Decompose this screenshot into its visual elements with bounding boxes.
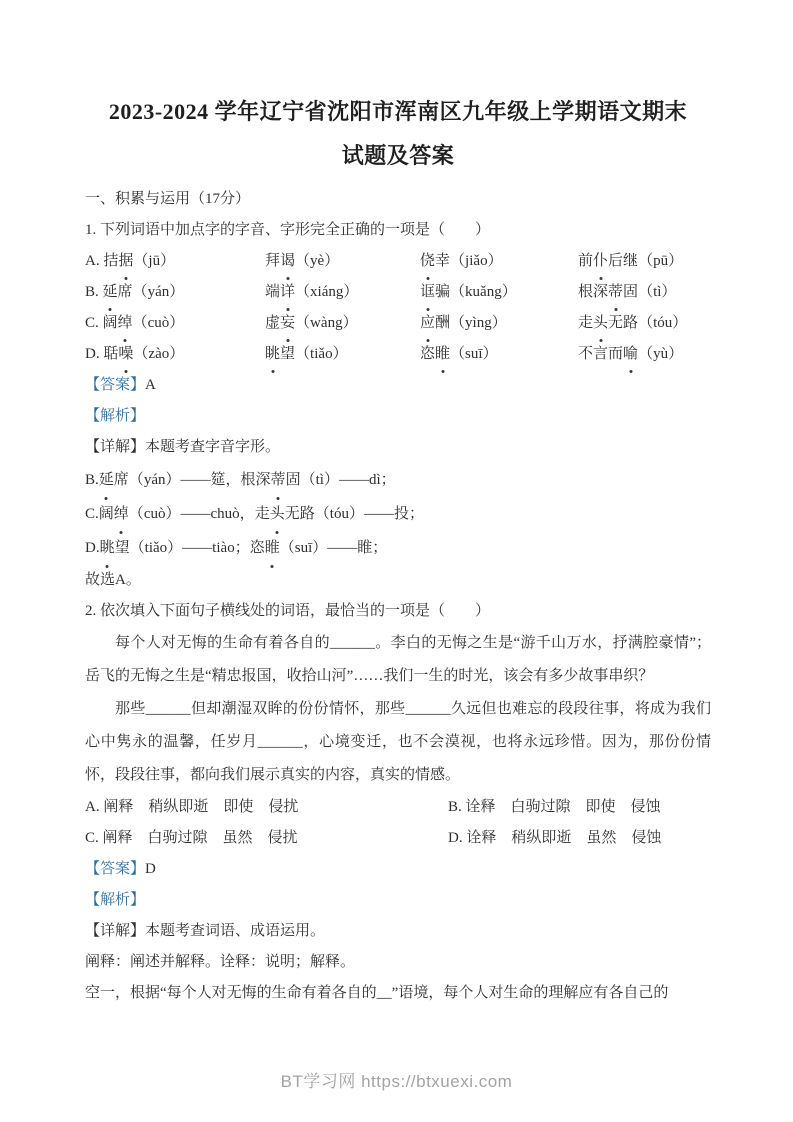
q1-option-a-word-3: 侥幸（jiǎo）: [420, 246, 578, 277]
q2-answer-label: 【答案】: [85, 861, 145, 877]
q2-answer-line: 【答案】D: [85, 854, 711, 885]
q1-option-row-c: C. 阔绰（cuò） 虚妄（wàng） 应酬（yìng） 走头无路（tóu）: [85, 308, 711, 339]
q1-option-b-word-2: 端详（xiáng）: [265, 277, 420, 308]
q1-option-c-word-3: 应酬（yìng）: [420, 308, 578, 339]
q2-option-c: C. 阐释 白驹过隙 虽然 侵扰: [85, 823, 448, 854]
q1-conclusion: 故选A。: [85, 565, 711, 596]
q1-analysis-line: 【解析】: [85, 401, 711, 432]
q1-option-b-word-4: 根深蒂固（tì）: [578, 277, 711, 308]
q2-option-a: A. 阐释 稍纵即逝 即使 侵扰: [85, 792, 448, 823]
q2-option-d: D. 诠释 稍纵即逝 虽然 侵蚀: [448, 823, 711, 854]
q1-option-row-a: A. 拮据（jū） 拜谒（yè） 侥幸（jiǎo） 前仆后继（pū）: [85, 246, 711, 277]
q1-option-b-word-3: 诓骗（kuǎng）: [420, 277, 578, 308]
q1-explanation-b: B.延席（yán）——筵，根深蒂固（tì）——dì；: [85, 463, 711, 497]
q1-option-b-word-1: B. 延席（yán）: [85, 277, 265, 308]
q1-option-row-d: D. 聒噪（zào） 眺望（tiǎo） 恣睢（suī） 不言而喻（yù）: [85, 339, 711, 370]
q2-stem: 2. 依次填入下面句子横线处的词语，最恰当的一项是（ ）: [85, 596, 711, 627]
q2-answer-value: D: [145, 861, 156, 877]
q1-answer-line: 【答案】A: [85, 370, 711, 401]
q2-detail-line: 【详解】本题考查词语、成语运用。: [85, 916, 711, 947]
q2-paragraph-2: 那些______但却潮湿双眸的份份情怀，那些______久远但也难忘的段段往事，…: [85, 693, 711, 792]
q1-option-c-word-4: 走头无路（tóu）: [578, 308, 711, 339]
q2-option-row-1: A. 阐释 稍纵即逝 即使 侵扰 B. 诠释 白驹过隙 即使 侵蚀: [85, 792, 711, 823]
exam-page: 2023-2024 学年辽宁省沈阳市浑南区九年级上学期语文期末 试题及答案 一、…: [85, 0, 711, 1009]
question-1: 1. 下列词语中加点字的字音、字形完全正确的一项是（ ） A. 拮据（jū） 拜…: [85, 215, 711, 596]
q1-option-row-b: B. 延席（yán） 端详（xiáng） 诓骗（kuǎng） 根深蒂固（tì）: [85, 277, 711, 308]
q2-paragraph-1: 每个人对无悔的生命有着各自的______。李白的无悔之生是“游千山万水，抒满腔豪…: [85, 627, 711, 693]
section-heading: 一、积累与运用（17分）: [85, 184, 711, 215]
page-title-line-2: 试题及答案: [85, 134, 711, 178]
q1-option-a-word-2: 拜谒（yè）: [265, 246, 420, 277]
q1-option-a-word-1: A. 拮据（jū）: [85, 246, 265, 277]
q1-option-a-word-4: 前仆后继（pū）: [578, 246, 711, 277]
page-title-line-1: 2023-2024 学年辽宁省沈阳市浑南区九年级上学期语文期末: [85, 90, 711, 134]
footer-watermark: BT学习网 https://btxuexi.com: [0, 1067, 793, 1092]
page-title: 2023-2024 学年辽宁省沈阳市浑南区九年级上学期语文期末 试题及答案: [85, 90, 711, 178]
question-2: 2. 依次填入下面句子横线处的词语，最恰当的一项是（ ） 每个人对无悔的生命有着…: [85, 596, 711, 1009]
q2-analysis-line: 【解析】: [85, 885, 711, 916]
q2-option-b: B. 诠释 白驹过隙 即使 侵蚀: [448, 792, 711, 823]
q1-explanation-d: D.眺望（tiǎo）——tiào；恣睢（suī）——睢；: [85, 531, 711, 565]
q1-option-d-word-1: D. 聒噪（zào）: [85, 339, 265, 370]
q1-answer-value: A: [145, 377, 156, 393]
q2-option-row-2: C. 阐释 白驹过隙 虽然 侵扰 D. 诠释 稍纵即逝 虽然 侵蚀: [85, 823, 711, 854]
q1-analysis-label: 【解析】: [85, 408, 145, 424]
q1-option-d-word-4: 不言而喻（yù）: [578, 339, 711, 370]
q2-expl-line-1: 阐释：阐述并解释。诠释：说明；解释。: [85, 947, 711, 978]
q1-detail-line: 【详解】本题考查字音字形。: [85, 432, 711, 463]
q1-stem: 1. 下列词语中加点字的字音、字形完全正确的一项是（ ）: [85, 215, 711, 246]
q1-explanation-c: C.阔绰（cuò）——chuò，走头无路（tóu）——投；: [85, 497, 711, 531]
q1-option-c-word-1: C. 阔绰（cuò）: [85, 308, 265, 339]
q1-option-d-word-3: 恣睢（suī）: [420, 339, 578, 370]
q2-expl-line-2: 空一，根据“每个人对无悔的生命有着各自的__”语境，每个人对生命的理解应有各自己…: [85, 978, 711, 1009]
q2-analysis-label: 【解析】: [85, 892, 145, 908]
q1-option-c-word-2: 虚妄（wàng）: [265, 308, 420, 339]
q1-option-d-word-2: 眺望（tiǎo）: [265, 339, 420, 370]
q1-answer-label: 【答案】: [85, 377, 145, 393]
